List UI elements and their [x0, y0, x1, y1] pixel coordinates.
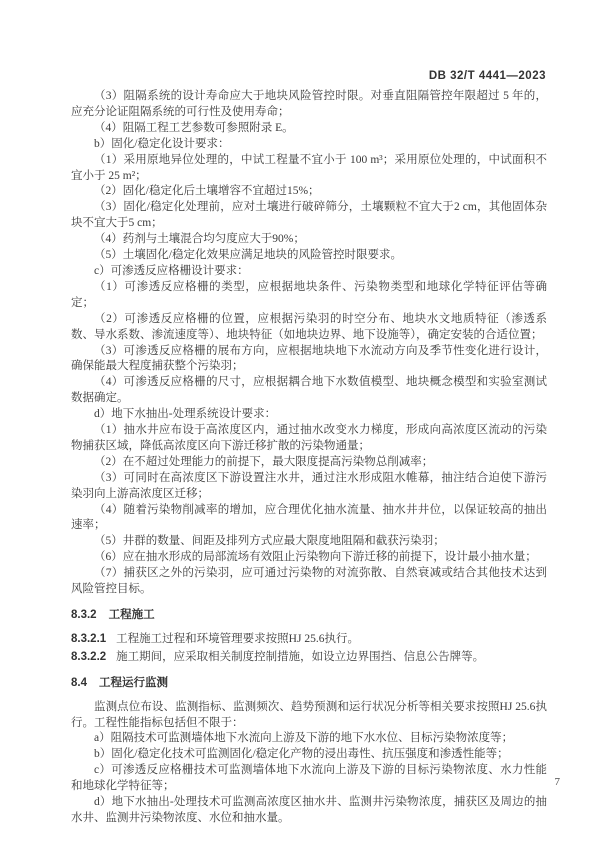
paragraph: b）固化/稳定化技术可监测固化/稳定化产物的浸出毒性、抗压强度和渗透性能等； — [71, 747, 547, 763]
paragraph: （4）药剂与土壤混合均匀度应大于90%； — [71, 232, 547, 248]
page-number: 7 — [555, 776, 561, 788]
section-heading: 8.3.2工程施工 — [71, 608, 547, 624]
section-title: 工程施工 — [109, 609, 155, 621]
paragraph: （7）捕获区之外的污染羽，应可通过污染物的对流弥散、自然衰减或结合其他技术达到风… — [71, 566, 547, 598]
paragraph: （1）可渗透反应格栅的类型，应根据地块条件、污染物类型和地球化学特征评估等确定； — [71, 280, 547, 312]
paragraph: 监测点位布设、监测指标、监测频次、趋势预测和运行状况分析等相关要求按照HJ 25… — [71, 700, 547, 732]
paragraph: （2）可渗透反应格栅的位置，应根据污染羽的时空分布、地块水文地质特征（渗透系数、… — [71, 312, 547, 344]
paragraph: （4）随着污染物削减率的增加，应合理优化抽水流量、抽水井井位，以保证较高的抽出速… — [71, 503, 547, 535]
paragraph: （3）固化/稳定化处理前，应对土壤进行破碎筛分，土壤颗粒不宜大于2 cm，其他固… — [71, 200, 547, 232]
clause-text: 施工期间，应采取相关制度控制措施，如设立边界围挡、信息公告牌等。 — [116, 651, 484, 663]
paragraph: c）可渗透反应格栅技术可监测墙体地下水流向上游及下游的目标污染物浓度、水力性能和… — [71, 763, 547, 795]
paragraph: （1）采用原地异位处理的，中试工程量不宜小于 100 m³；采用原位处理的，中试… — [71, 153, 547, 185]
paragraph: （3）阻隔系统的设计寿命应大于地块风险管控时限。对垂直阻隔管控年限超过 5 年的… — [71, 89, 547, 121]
section-title: 工程运行监测 — [99, 677, 168, 689]
paragraph: （2）固化/稳定化后土壤增容不宜超过15%； — [71, 184, 547, 200]
clause-paragraph: 8.3.2.1工程施工过程和环境管理要求按照HJ 25.6执行。 — [71, 632, 547, 648]
paragraph: （6）应在抽水形成的局部流场有效阻止污染物向下游迁移的前提下，设计最小抽水量； — [71, 550, 547, 566]
paragraph: （4）阻隔工程工艺参数可参照附录 E。 — [71, 121, 547, 137]
section-number: 8.4 — [71, 677, 87, 689]
clause-number: 8.3.2.1 — [71, 633, 106, 645]
paragraph: d）地下水抽出-处理系统设计要求： — [71, 407, 547, 423]
paragraph: c）可渗透反应格栅设计要求： — [71, 264, 547, 280]
document-page: DB 32/T 4441—2023 （3）阻隔系统的设计寿命应大于地块风险管控时… — [0, 0, 600, 848]
document-body: （3）阻隔系统的设计寿命应大于地块风险管控时限。对垂直阻隔管控年限超过 5 年的… — [71, 89, 547, 827]
clause-text: 工程施工过程和环境管理要求按照HJ 25.6执行。 — [116, 633, 359, 645]
paragraph: d）地下水抽出-处理技术可监测高浓度区抽水井、监测井污染物浓度，捕获区及周边的抽… — [71, 795, 547, 827]
paragraph: （5）土壤固化/稳定化效果应满足地块的风险管控时限要求。 — [71, 248, 547, 264]
paragraph: b）固化/稳定化设计要求： — [71, 137, 547, 153]
clause-number: 8.3.2.2 — [71, 651, 106, 663]
paragraph: （1）抽水井应布设于高浓度区内，通过抽水改变水力梯度，形成向高浓度区流动的污染物… — [71, 423, 547, 455]
paragraph: （2）在不超过处理能力的前提下，最大限度提高污染物总削减率； — [71, 455, 547, 471]
section-number: 8.3.2 — [71, 609, 97, 621]
clause-paragraph: 8.3.2.2施工期间，应采取相关制度控制措施，如设立边界围挡、信息公告牌等。 — [71, 650, 547, 666]
paragraph: （4）可渗透反应格栅的尺寸，应根据耦合地下水数值模型、地块概念模型和实验室测试数… — [71, 375, 547, 407]
paragraph: （3）可同时在高浓度区下游设置注水井，通过注水形成阻水帷幕，抽注结合迫使下游污染… — [71, 471, 547, 503]
section-heading: 8.4工程运行监测 — [71, 676, 547, 692]
paragraph: a）阻隔技术可监测墙体地下水流向上游及下游的地下水水位、目标污染物浓度等； — [71, 731, 547, 747]
standard-number-header: DB 32/T 4441—2023 — [429, 70, 546, 82]
paragraph: （3）可渗透反应格栅的展布方向，应根据地块地下水流动方向及季节性变化进行设计，确… — [71, 344, 547, 376]
paragraph: （5）井群的数量、间距及排列方式应最大限度地阻隔和截获污染羽； — [71, 534, 547, 550]
